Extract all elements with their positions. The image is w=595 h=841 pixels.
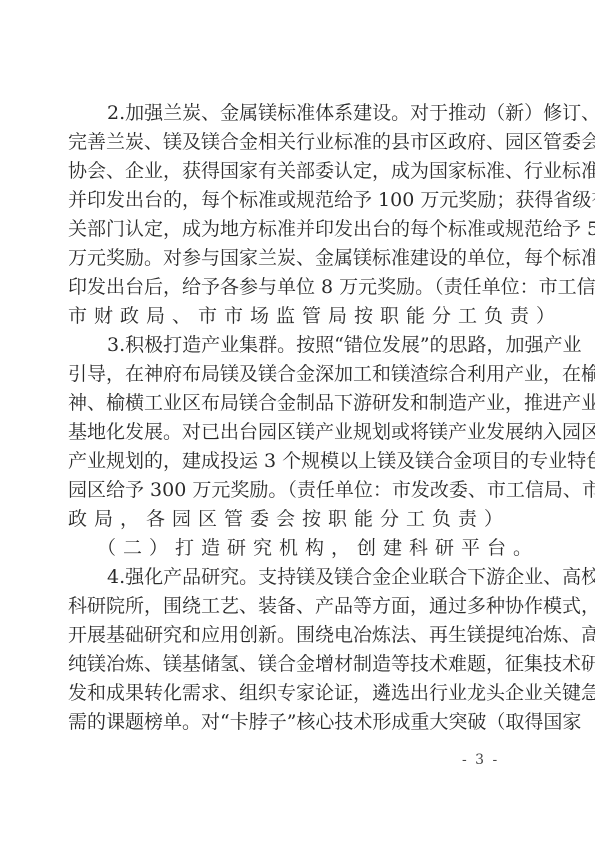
paragraph-2-line: 印发出台后，给予各参与单位 8 万元奖励。（责任单位：市工信局、 bbox=[68, 273, 518, 302]
paragraph-4-heading-line: 4.强化产品研究。支持镁及镁合金企业联合下游企业、高校、 bbox=[107, 563, 518, 592]
paragraph-3-line: 神、榆横工业区布局镁合金制品下游研发和制造产业，推进产业 bbox=[68, 389, 518, 418]
paragraph-3-line: 政局，各园区管委会按职能分工负责） bbox=[68, 505, 518, 534]
paragraph-2-line: 关部门认定，成为地方标准并印发出台的每个标准或规范给予 50 bbox=[68, 215, 518, 244]
paragraph-4-line: 开展基础研究和应用创新。围绕电冶炼法、再生镁提纯冶炼、高 bbox=[68, 621, 518, 650]
paragraph-2-line: 市财政局、市市场监管局按职能分工负责） bbox=[68, 302, 518, 331]
document-page: 2.加强兰炭、金属镁标准体系建设。对于推动（新）修订、 完善兰炭、镁及镁合金相关… bbox=[0, 0, 595, 841]
paragraph-2-line: 万元奖励。对参与国家兰炭、金属镁标准建设的单位，每个标准 bbox=[68, 244, 518, 273]
paragraph-2-heading-line: 2.加强兰炭、金属镁标准体系建设。对于推动（新）修订、 bbox=[107, 99, 518, 128]
paragraph-2-line: 协会、企业，获得国家有关部委认定，成为国家标准、行业标准 bbox=[68, 157, 518, 186]
paragraph-3-heading-line: 3.积极打造产业集群。按照“错位发展”的思路，加强产业 bbox=[107, 331, 518, 360]
paragraph-4-line: 发和成果转化需求、组织专家论证，遴选出行业龙头企业关键急 bbox=[68, 679, 518, 708]
paragraph-3-line: 基地化发展。对已出台园区镁产业规划或将镁产业发展纳入园区 bbox=[68, 418, 518, 447]
paragraph-2-line: 并印发出台的，每个标准或规范给予 100 万元奖励；获得省级有 bbox=[68, 186, 518, 215]
section-heading: （二）打造研究机构，创建科研平台。 bbox=[97, 534, 508, 563]
paragraph-3-line: 园区给予 300 万元奖励。（责任单位：市发改委、市工信局、市财 bbox=[68, 476, 518, 505]
paragraph-4-line: 科研院所，围绕工艺、装备、产品等方面，通过多种协作模式， bbox=[68, 592, 518, 621]
paragraph-3-line: 产业规划的，建成投运 3 个规模以上镁及镁合金项目的专业特色 bbox=[68, 447, 518, 476]
paragraph-2-line: 完善兰炭、镁及镁合金相关行业标准的县市区政府、园区管委会、 bbox=[68, 128, 518, 157]
paragraph-4-line: 纯镁冶炼、镁基储氢、镁合金增材制造等技术难题，征集技术研 bbox=[68, 650, 518, 679]
page-number: - 3 - bbox=[462, 752, 499, 768]
paragraph-4-line: 需的课题榜单。对“卡脖子”核心技术形成重大突破（取得国家 bbox=[68, 708, 518, 737]
paragraph-3-line: 引导，在神府布局镁及镁合金深加工和镁渣综合利用产业，在榆 bbox=[68, 360, 518, 389]
